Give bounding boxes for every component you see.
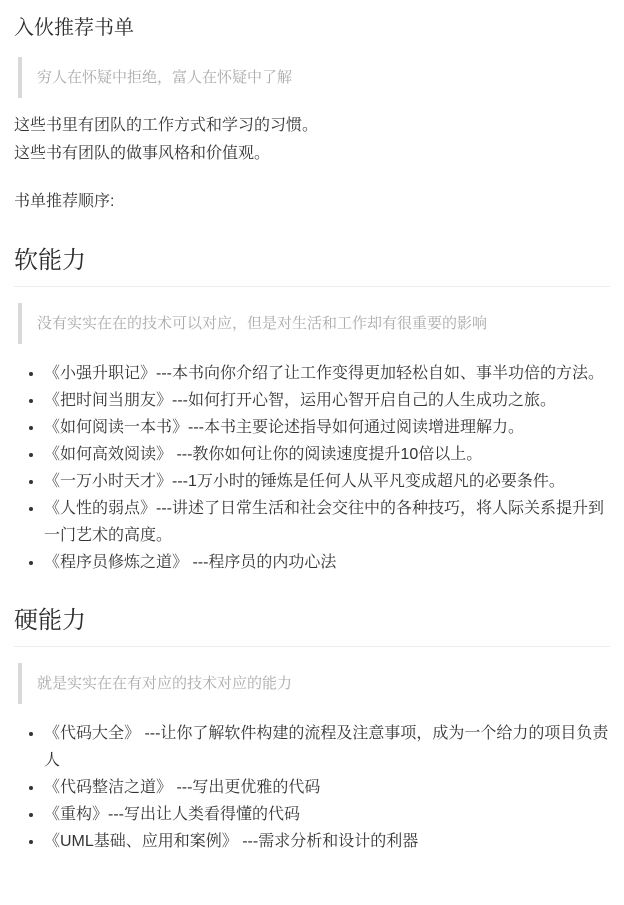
list-item: 《代码大全》 ---让你了解软件构建的流程及注意事项，成为一个给力的项目负责人 [44,720,610,774]
hard-skills-blockquote: 就是实实在在有对应的技术对应的能力 [18,663,610,704]
intro-line-2: 这些书有团队的做事风格和价值观。 [14,145,270,162]
list-item: 《小强升职记》---本书向你介绍了让工作变得更加轻松自如、事半功倍的方法。 [44,360,610,387]
list-item: 《如何高效阅读》 ---教你如何让你的阅读速度提升10倍以上。 [44,441,610,468]
intro-paragraph: 这些书里有团队的工作方式和学习的习惯。这些书有团队的做事风格和价值观。 [14,112,610,168]
page-title: 入伙推荐书单 [14,15,610,41]
list-item: 《把时间当朋友》---如何打开心智，运用心智开启自己的人生成功之旅。 [44,387,610,414]
soft-skills-quote-text: 没有实实在在的技术可以对应，但是对生活和工作却有很重要的影响 [37,313,595,334]
order-note: 书单推荐顺序: [14,188,610,216]
list-item: 《代码整洁之道》 ---写出更优雅的代码 [44,774,610,801]
list-item: 《UML基础、应用和案例》 ---需求分析和设计的利器 [44,828,610,855]
intro-blockquote: 穷人在怀疑中拒绝，富人在怀疑中了解 [18,57,610,98]
intro-quote-text: 穷人在怀疑中拒绝，富人在怀疑中了解 [37,67,595,88]
list-item: 《一万小时天才》---1万小时的锤炼是任何人从平凡变成超凡的必要条件。 [44,468,610,495]
section-heading-soft: 软能力 [14,246,610,287]
soft-skills-book-list: 《小强升职记》---本书向你介绍了让工作变得更加轻松自如、事半功倍的方法。 《把… [14,360,610,576]
section-hard-skills: 硬能力 就是实实在在有对应的技术对应的能力 《代码大全》 ---让你了解软件构建… [14,606,610,855]
hard-skills-book-list: 《代码大全》 ---让你了解软件构建的流程及注意事项，成为一个给力的项目负责人 … [14,720,610,855]
soft-skills-blockquote: 没有实实在在的技术可以对应，但是对生活和工作却有很重要的影响 [18,303,610,344]
hard-skills-quote-text: 就是实实在在有对应的技术对应的能力 [37,673,595,694]
intro-line-1: 这些书里有团队的工作方式和学习的习惯。 [14,117,318,134]
list-item: 《重构》---写出让人类看得懂的代码 [44,801,610,828]
section-soft-skills: 软能力 没有实实在在的技术可以对应，但是对生活和工作却有很重要的影响 《小强升职… [14,246,610,576]
list-item: 《程序员修炼之道》 ---程序员的内功心法 [44,549,610,576]
list-item: 《人性的弱点》---讲述了日常生活和社会交往中的各种技巧，将人际关系提升到一门艺… [44,495,610,549]
document-page: 入伙推荐书单 穷人在怀疑中拒绝，富人在怀疑中了解 这些书里有团队的工作方式和学习… [0,0,624,905]
section-heading-hard: 硬能力 [14,606,610,647]
list-item: 《如何阅读一本书》---本书主要论述指导如何通过阅读增进理解力。 [44,414,610,441]
